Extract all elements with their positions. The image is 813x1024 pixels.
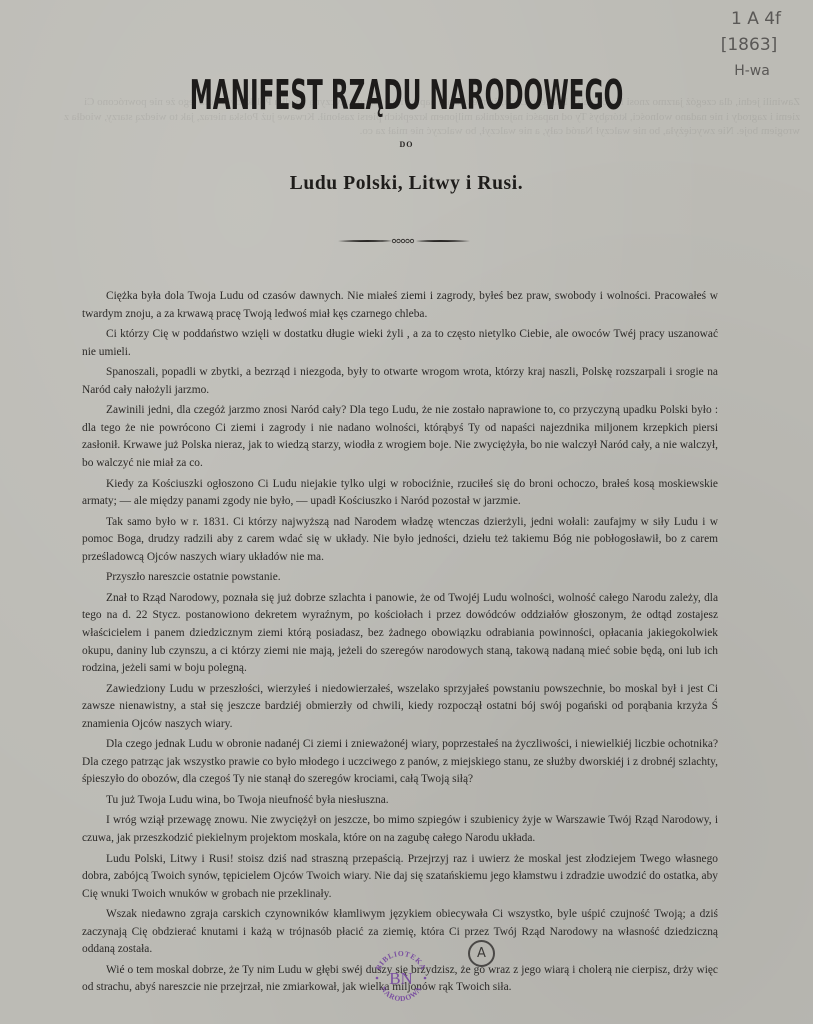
paragraph: Znał to Rząd Narodowy, poznała się już d… [82,590,718,678]
ornament-divider-icon [336,236,472,246]
paragraph: Zawinili jedni, dla czegóż jarzmo znosi … [82,402,718,472]
manifest-body: Ciężka była dola Twoja Ludu od czasów da… [82,288,718,1000]
paragraph: Kiedy za Kościuszki ogłoszono Ci Ludu ni… [82,476,718,511]
manifest-title: MANIFEST RZĄDU NARODOWEGO [89,70,723,119]
handwritten-shelfmark: 1 A 4f [713,6,799,32]
paragraph: Ludu Polski, Litwy i Rusi! stoisz dziś n… [82,851,718,904]
manifest-subtitle: Ludu Polski, Litwy i Rusi. [0,173,813,195]
handwritten-year: [1863] [699,32,799,58]
paragraph: Ciężka była dola Twoja Ludu od czasów da… [82,288,718,323]
paragraph: Zawiedziony Ludu w przeszłości, wierzyłe… [82,681,718,734]
paragraph: Przyszło nareszcie ostatnie powstanie. [82,569,718,587]
svg-text:BN: BN [389,969,413,988]
circled-a-mark: A [468,940,495,967]
paragraph: Tu już Twoja Ludu wina, bo Twoja nieufno… [82,792,718,810]
paragraph: Dla czego jednak Ludu w obronie nadanéj … [82,736,718,789]
paragraph: Spanoszali, popadli w zbytki, a bezrząd … [82,364,718,399]
library-stamp-icon: BIBLIOTEKA NARODOWA BN [370,947,432,1009]
title-connector: DO [0,140,813,149]
paragraph: Ci którzy Cię w poddaństwo wzięli w dost… [82,326,718,361]
paragraph: I wróg wziął przewagę znowu. Nie zwycięż… [82,812,718,847]
paragraph: Tak samo było w r. 1831. Ci którzy najwy… [82,514,718,567]
